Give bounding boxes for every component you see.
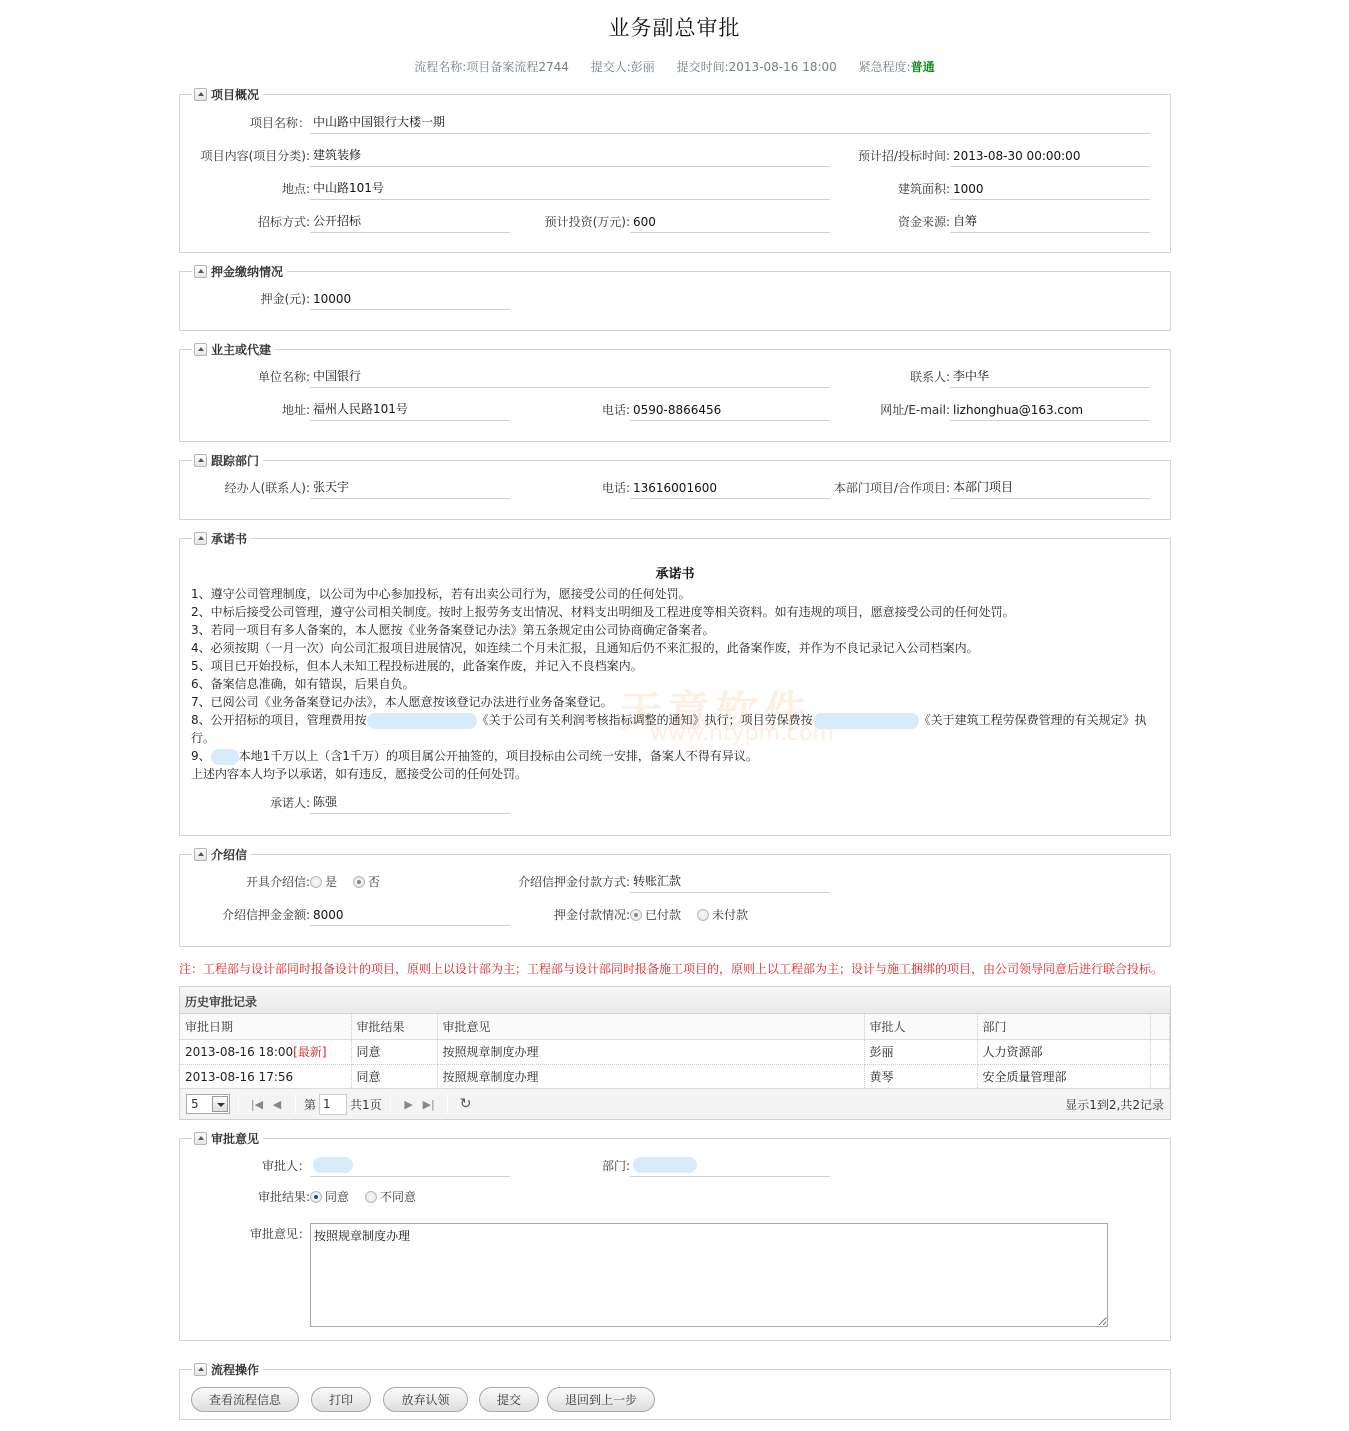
table-header-row: 审批日期 审批结果 审批意见 审批人 部门 [180,1014,1170,1039]
pledge-line: 上述内容本人均予以承诺，如有违反，愿接受公司的任何处罚。 [191,765,1150,783]
project-type-field: 本部门项目/合作项目: 本部门项目 [830,479,1150,499]
approver-value [310,1157,510,1177]
pledge-line-part: 《关于建筑工程劳保费管理的有关规定》执 [919,713,1147,727]
pledge-line-part: 《关于公司有关利润考核指标调整的通知》执行；项目劳保费按 [477,713,813,727]
signer-field: 承诺人: 陈强 [180,794,510,814]
pledge-line: 3、若同一项目有多人备案的，本人愿按《业务备案登记办法》第五条规定由公司协商确定… [191,621,1150,639]
pledge-text: 1、遵守公司管理制度，以公司为中心参加投标，若有出卖公司行为，愿接受公司的任何处… [191,585,1150,783]
pledge-line: 2、中标后接受公司管理，遵守公司相关制度。按时上报劳务支出情况、材料支出明细及工… [191,603,1150,621]
urgency-label: 紧急程度: [859,60,911,74]
field-label: 地址: [180,401,310,421]
field-label: 介绍信押金付款方式: [510,873,630,893]
radio-label: 已付款 [645,906,681,923]
fund-source-field: 资金来源: 自筹 [830,213,1150,233]
actions-section: 流程操作 查看流程信息 打印 放弃认领 提交 退回到上一步 [179,1369,1171,1420]
field-value: 陈强 [310,794,510,814]
date-text: 2013-08-16 18:00 [185,1045,293,1059]
next-page-icon[interactable]: ▶ [399,1098,419,1111]
issue-letter-radio-group: 是 否 [310,873,392,893]
legend-text: 承诺书 [211,530,247,547]
legend-text: 流程操作 [211,1361,259,1378]
radio-label: 未付款 [712,906,748,923]
submit-time: 2013-08-16 18:00 [729,60,837,74]
field-value: 本部门项目 [950,479,1150,499]
letter-amount-field: 介绍信押金金额: 8000 [180,906,510,926]
section-legend: 流程操作 [192,1361,263,1378]
approver-dept-field: 部门: [510,1157,830,1177]
deposit-amount-field: 押金(元): 10000 [180,290,510,310]
radio-checked-icon[interactable] [310,1191,322,1203]
section-legend: 跟踪部门 [192,452,263,469]
field-value: 1000 [950,180,1150,200]
history-table: 审批日期 审批结果 审批意见 审批人 部门 2013-08-16 18:00[最… [180,1014,1170,1090]
view-flow-info-button[interactable]: 查看流程信息 [191,1387,299,1412]
page-size-value: 5 [191,1097,199,1111]
note-text: 注：工程部与设计部同时报备设计的项目，原则上以设计部为主；工程部与设计部同时报备… [179,960,1163,977]
cell-approver: 黄琴 [864,1064,977,1089]
field-value: lizhonghua@163.com [950,401,1150,421]
field-label: 审批结果: [180,1188,310,1208]
cell-spacer [1150,1039,1170,1064]
cell-spacer [1150,1064,1170,1089]
page-total: 共1页 [350,1096,382,1113]
divider [447,1094,448,1114]
field-label: 单位名称: [180,368,310,388]
owner-section: 业主或代建 单位名称: 中国银行 联系人: 李中华 地址: 福州人民路101号 … [179,349,1171,442]
bid-time-field: 预计招/投标时间: 2013-08-30 00:00:00 [830,147,1150,167]
field-label: 押金付款情况: [510,906,630,926]
field-label: 审批人： [180,1157,310,1177]
field-value: 600 [630,213,830,233]
field-value: 中山路101号 [310,180,830,200]
pagination-bar: 5 |◀ ◀ 第 1 共1页 ▶ ▶| ↻ 显示1到2,共2记录 [180,1088,1170,1119]
deposit-section: 押金缴纳情况 押金(元): 10000 [179,271,1171,331]
pay-method-field: 介绍信押金付款方式: 转账汇款 [510,873,830,893]
field-label: 资金来源: [830,213,950,233]
redacted-blur [633,1157,697,1173]
field-label: 经办人(联系人): [180,479,310,499]
submit-button[interactable]: 提交 [479,1387,539,1412]
date-text: 2013-08-16 17:56 [185,1070,293,1084]
radio-checked-icon[interactable] [353,876,365,888]
column-header[interactable]: 审批人 [864,1014,977,1039]
collapse-icon[interactable] [194,1363,207,1376]
cell-opinion: 按照规章制度办理 [437,1039,864,1064]
page-prefix: 第 [304,1096,316,1113]
field-label: 电话: [510,401,630,421]
field-value: 0590-8866456 [630,401,830,421]
divider [238,1094,239,1114]
redacted-blur [313,1157,353,1173]
radio-disagree[interactable]: 不同意 [365,1188,416,1205]
legend-text: 业主或代建 [211,341,271,358]
section-legend: 介绍信 [192,846,251,863]
field-label: 预计招/投标时间: [830,147,950,167]
field-value: 福州人民路101号 [310,401,510,421]
divider [295,1094,296,1114]
legend-text: 押金缴纳情况 [211,263,283,280]
table-row[interactable]: 2013-08-16 17:56 同意 按照规章制度办理 黄琴 安全质量管理部 [180,1064,1170,1089]
column-header[interactable]: 审批意见 [437,1014,864,1039]
column-header-spacer [1150,1014,1170,1039]
radio-icon[interactable] [697,909,709,921]
redacted-blur [211,749,239,765]
radio-label: 不同意 [380,1188,416,1205]
field-value: 张天宇 [310,479,510,499]
history-grid: 历史审批记录 审批日期 审批结果 审批意见 审批人 部门 2013-08-16 … [179,986,1171,1120]
submit-time-label: 提交时间: [677,60,729,74]
radio-unpaid[interactable]: 未付款 [697,906,748,923]
pledge-line: 9、本地1千万以上（含1千万）的项目属公开抽签的，项目投标由公司统一安排，备案人… [191,747,1150,765]
pledge-line: 行。 [191,729,1150,747]
investment-field: 预计投资(万元): 600 [510,213,830,233]
field-label: 项目内容(项目分类): [180,147,310,167]
field-value: 中山路中国银行大楼一期 [310,114,1150,134]
submitter-label: 提交人: [591,60,631,74]
pledge-line-part: 本地1千万以上（含1千万）的项目属公开抽签的，项目投标由公司统一安排，备案人不得… [239,749,758,763]
radio-label: 否 [368,873,380,890]
flow-name-label: 流程名称: [414,60,466,74]
pledge-line: 1、遵守公司管理制度，以公司为中心参加投标，若有出卖公司行为，愿接受公司的任何处… [191,585,1150,603]
prev-page-icon[interactable]: ◀ [267,1098,287,1111]
first-page-icon[interactable]: |◀ [247,1098,267,1111]
field-value: 建筑装修 [310,147,830,167]
field-label: 本部门项目/合作项目: [830,479,950,499]
submitter: 彭丽 [631,60,655,74]
cell-result: 同意 [351,1064,437,1089]
cell-date: 2013-08-16 18:00[最新] [180,1039,351,1064]
approval-result-radio-group: 同意 不同意 [310,1188,428,1208]
cell-opinion: 按照规章制度办理 [437,1064,864,1089]
field-label: 开具介绍信: [180,873,310,893]
redacted-blur [367,713,477,729]
flow-name: 项目备案流程2744 [466,60,569,74]
radio-agree[interactable]: 同意 [310,1188,349,1205]
pledge-line-part: 9、 [191,749,211,763]
collapse-icon[interactable] [194,454,207,467]
opinion-label: 审批意见： [180,1225,310,1245]
cell-dept: 安全质量管理部 [977,1064,1150,1089]
section-legend: 押金缴纳情况 [192,263,287,280]
cell-result: 同意 [351,1039,437,1064]
approver-field: 审批人： [180,1157,510,1177]
radio-checked-icon[interactable] [630,909,642,921]
bid-method-field: 招标方式: 公开招标 [180,213,510,233]
print-button[interactable]: 打印 [311,1387,371,1412]
field-value: 李中华 [950,368,1150,388]
collapse-icon[interactable] [194,88,207,101]
radio-icon[interactable] [310,876,322,888]
column-header[interactable]: 审批结果 [351,1014,437,1039]
approval-result-field: 审批结果: 同意 不同意 [180,1188,428,1208]
section-legend: 审批意见 [192,1130,263,1147]
field-label: 建筑面积: [830,180,950,200]
pledge-section: 承诺书 天意软件 www.ntypm.com 承诺书 1、遵守公司管理制度，以公… [179,538,1171,836]
pledge-line: 7、已阅公司《业务备案登记办法》，本人愿意按该登记办法进行业务备案登记。 [191,693,1150,711]
tracking-section: 跟踪部门 经办人(联系人): 张天宇 电话: 13616001600 本部门项目… [179,460,1171,520]
approval-section: 审批意见 审批人： 部门: 审批结果: 同意 不同意 审批意见： 按照规章制度办… [179,1138,1171,1341]
cell-date: 2013-08-16 17:56 [180,1064,351,1089]
project-overview-section: 项目概况 项目名称： 中山路中国银行大楼一期 项目内容(项目分类): 建筑装修 … [179,94,1171,253]
field-label: 承诺人: [180,794,310,814]
legend-text: 介绍信 [211,846,247,863]
radio-label: 同意 [325,1188,349,1205]
pledge-line-part: 8、公开招标的项目，管理费用按 [191,713,367,727]
field-value: 转账汇款 [630,873,830,893]
radio-paid[interactable]: 已付款 [630,906,681,923]
field-value: 公开招标 [310,213,510,233]
flow-meta: 流程名称:项目备案流程2744 提交人:彭丽 提交时间:2013-08-16 1… [0,58,1349,75]
intro-letter-section: 介绍信 开具介绍信: 是 否 介绍信押金付款方式: 转账汇款 介绍信押金金额: … [179,854,1171,947]
cell-approver: 彭丽 [864,1039,977,1064]
pledge-line: 5、项目已开始投标，但本人未知工程投标进展的，此备案作废，并记入不良档案内。 [191,657,1150,675]
field-label: 联系人: [830,368,950,388]
owner-contact-field: 联系人: 李中华 [830,368,1150,388]
latest-badge: [最新] [293,1045,326,1059]
divider [390,1094,391,1114]
pledge-line: 8、公开招标的项目，管理费用按《关于公司有关利润考核指标调整的通知》执行；项目劳… [191,711,1150,729]
column-header[interactable]: 部门 [977,1014,1150,1039]
pledge-line: 4、必须按期（一月一次）向公司汇报项目进展情况，如连续二个月未汇报，且通知后仍不… [191,639,1150,657]
field-value: 8000 [310,906,510,926]
owner-email-field: 网址/E-mail: lizhonghua@163.com [830,401,1150,421]
table-row[interactable]: 2013-08-16 18:00[最新] 同意 按照规章制度办理 彭丽 人力资源… [180,1039,1170,1064]
chevron-down-icon[interactable] [212,1096,228,1112]
section-legend: 项目概况 [192,86,263,103]
field-value: 10000 [310,290,510,310]
location-field: 地点: 中山路101号 [180,180,830,200]
handler-field: 经办人(联系人): 张天宇 [180,479,510,499]
section-legend: 业主或代建 [192,341,275,358]
project-content-field: 项目内容(项目分类): 建筑装修 [180,147,830,167]
pay-status-radio-group: 已付款 未付款 [630,906,760,926]
legend-text: 审批意见 [211,1130,259,1147]
field-value: 13616001600 [630,479,830,499]
abandon-claim-button[interactable]: 放弃认领 [383,1387,468,1412]
legend-text: 项目概况 [211,86,259,103]
radio-no[interactable]: 否 [353,873,380,890]
last-page-icon[interactable]: ▶| [419,1098,439,1111]
field-value: 2013-08-30 00:00:00 [950,147,1150,167]
dept-value [630,1157,830,1177]
field-value: 自筹 [950,213,1150,233]
field-value: 中国银行 [310,368,830,388]
pledge-line: 6、备案信息准确，如有错误，后果自负。 [191,675,1150,693]
owner-phone-field: 电话: 0590-8866456 [510,401,830,421]
owner-unit-field: 单位名称: 中国银行 [180,368,830,388]
field-label: 介绍信押金金额: [180,906,310,926]
legend-text: 跟踪部门 [211,452,259,469]
urgency-badge: 普通 [911,60,935,74]
field-label: 地点: [180,180,310,200]
redacted-blur [813,713,919,729]
collapse-icon[interactable] [194,265,207,278]
radio-label: 是 [325,873,337,890]
return-previous-step-button[interactable]: 退回到上一步 [547,1387,655,1412]
radio-icon[interactable] [365,1191,377,1203]
field-label: 项目名称： [180,114,310,134]
pay-status-field: 押金付款情况: 已付款 未付款 [510,906,760,926]
field-label: 押金(元): [180,290,310,310]
area-field: 建筑面积: 1000 [830,180,1150,200]
issue-letter-field: 开具介绍信: 是 否 [180,873,392,893]
project-name-field: 项目名称： 中山路中国银行大楼一期 [180,114,1150,134]
grid-title: 历史审批记录 [180,987,1170,1014]
field-label: 招标方式: [180,213,310,233]
opinion-textarea[interactable]: 按照规章制度办理 [310,1223,1108,1327]
page-size-select[interactable]: 5 [186,1094,230,1114]
page-title: 业务副总审批 [0,12,1349,42]
collapse-icon[interactable] [194,848,207,861]
pager-info: 显示1到2,共2记录 [1065,1096,1164,1113]
collapse-icon[interactable] [194,343,207,356]
collapse-icon[interactable] [194,1132,207,1145]
page-number-input[interactable]: 1 [319,1094,347,1115]
field-label: 电话: [510,479,630,499]
field-label: 预计投资(万元): [510,213,630,233]
owner-address-field: 地址: 福州人民路101号 [180,401,510,421]
pledge-title: 承诺书 [180,563,1170,582]
refresh-icon[interactable]: ↻ [456,1096,476,1112]
collapse-icon[interactable] [194,532,207,545]
radio-yes[interactable]: 是 [310,873,337,890]
field-label: 部门: [510,1157,630,1177]
section-legend: 承诺书 [192,530,251,547]
tracking-phone-field: 电话: 13616001600 [510,479,830,499]
column-header[interactable]: 审批日期 [180,1014,351,1039]
cell-dept: 人力资源部 [977,1039,1150,1064]
field-label: 网址/E-mail: [830,401,950,421]
